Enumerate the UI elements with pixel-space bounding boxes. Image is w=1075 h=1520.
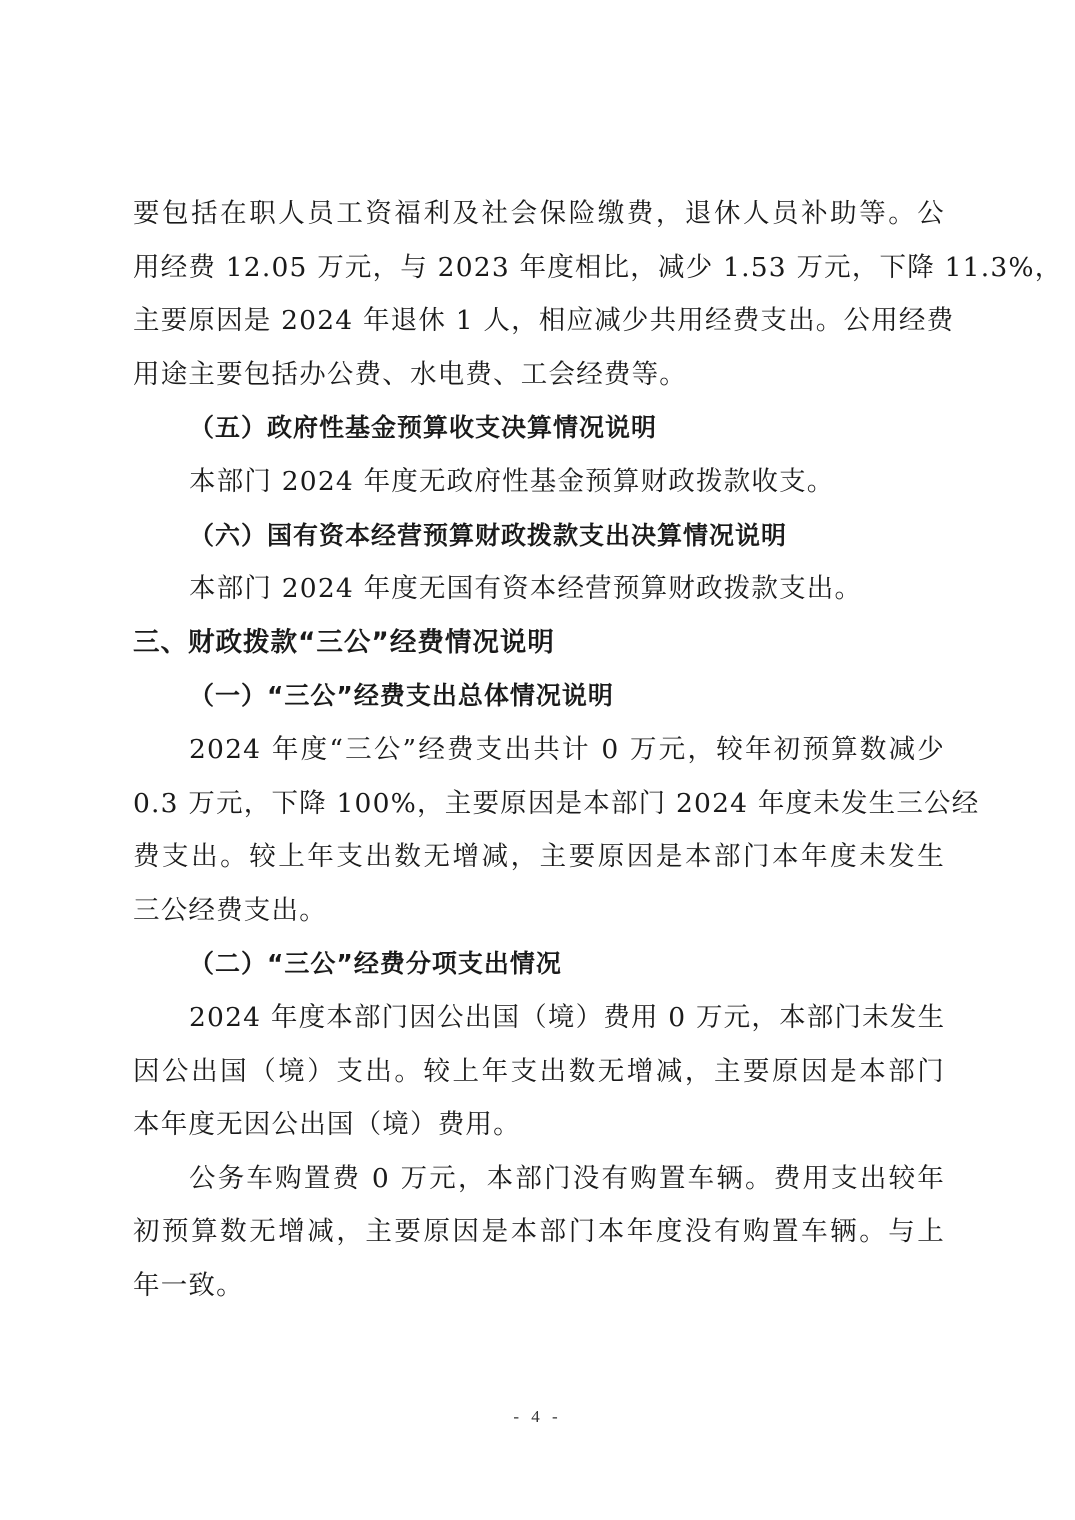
body-line: 因公出国（境）支出。较上年支出数无增减，主要原因是本部门 [133, 1045, 945, 1099]
body-line: 费支出。较上年支出数无增减，主要原因是本部门本年度未发生 [133, 830, 945, 884]
body-line: 主要原因是 2024 年退休 1 人，相应减少共用经费支出。公用经费 [133, 294, 945, 348]
body-line: 年一致。 [133, 1259, 945, 1313]
section-heading-6: （六）国有资本经营预算财政拨款支出决算情况说明 [133, 509, 945, 563]
page-number: - 4 - [0, 1407, 1075, 1427]
chapter-heading-3: 三、财政拨款“三公”经费情况说明 [133, 616, 945, 670]
section-heading-5: （五）政府性基金预算收支决算情况说明 [133, 401, 945, 455]
subsection-heading-1: （一）“三公”经费支出总体情况说明 [133, 669, 945, 723]
body-line: 三公经费支出。 [133, 884, 945, 938]
body-line: 本年度无因公出国（境）费用。 [133, 1098, 945, 1152]
body-line: 公务车购置费 0 万元，本部门没有购置车辆。费用支出较年 [133, 1152, 945, 1206]
document-page: 要包括在职人员工资福利及社会保险缴费，退休人员补助等。公 用经费 12.05 万… [133, 187, 945, 1312]
body-line: 用经费 12.05 万元，与 2023 年度相比，减少 1.53 万元，下降 1… [133, 241, 945, 295]
body-line: 初预算数无增减，主要原因是本部门本年度没有购置车辆。与上 [133, 1205, 945, 1259]
body-line: 用途主要包括办公费、水电费、工会经费等。 [133, 348, 945, 402]
section-body-6: 本部门 2024 年度无国有资本经营预算财政拨款支出。 [133, 562, 945, 616]
body-line: 2024 年度“三公”经费支出共计 0 万元，较年初预算数减少 [133, 723, 945, 777]
section-body-5: 本部门 2024 年度无政府性基金预算财政拨款收支。 [133, 455, 945, 509]
body-line: 要包括在职人员工资福利及社会保险缴费，退休人员补助等。公 [133, 187, 945, 241]
subsection-heading-2: （二）“三公”经费分项支出情况 [133, 937, 945, 991]
body-line: 0.3 万元，下降 100%，主要原因是本部门 2024 年度未发生三公经 [133, 777, 945, 831]
body-line: 2024 年度本部门因公出国（境）费用 0 万元，本部门未发生 [133, 991, 945, 1045]
